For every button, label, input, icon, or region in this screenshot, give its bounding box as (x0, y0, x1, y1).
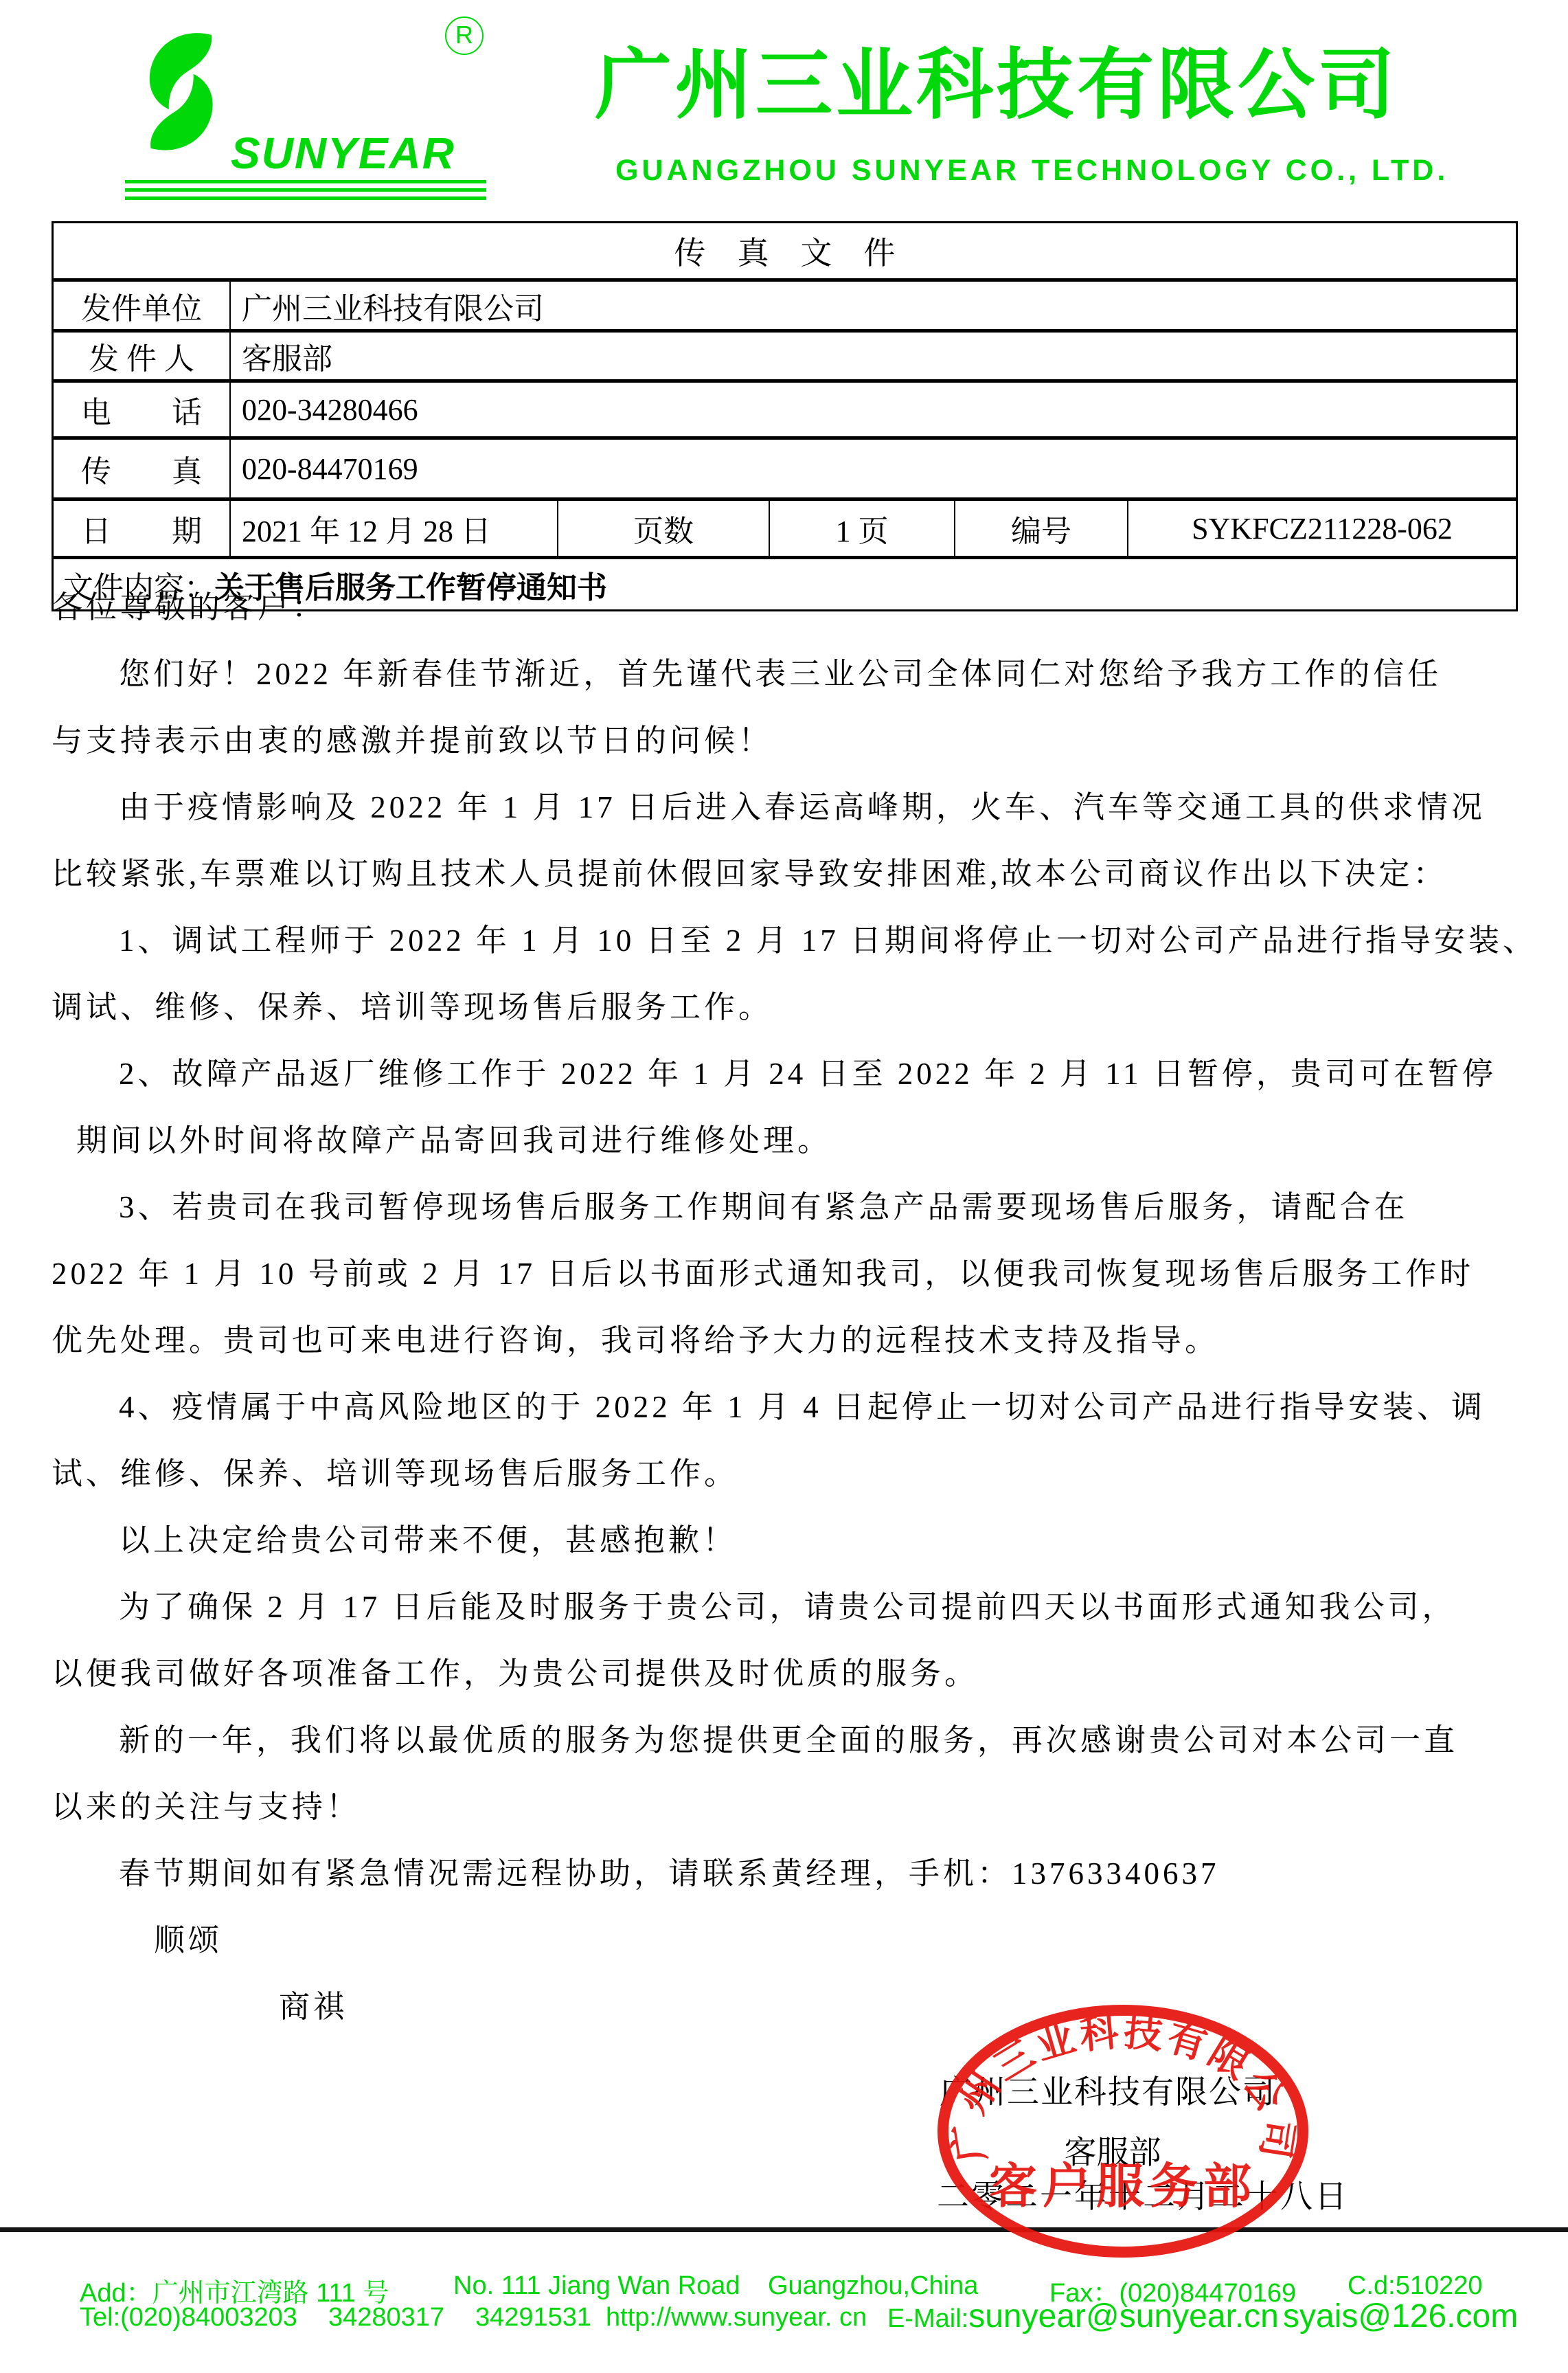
body-line: 为了确保 2 月 17 日后能及时服务于贵公司，请贵公司提前四天以书面形式通知我… (52, 1574, 1518, 1641)
number-label: 编号 (955, 501, 1128, 556)
body-line: 2022 年 1 月 10 号前或 2 月 17 日后以书面形式通知我司，以便我… (52, 1241, 1518, 1307)
logo-stripe (125, 180, 486, 183)
footer-tel-3: 34291531 (475, 2303, 591, 2332)
body-line: 以上决定给贵公司带来不便，甚感抱歉！ (52, 1507, 1518, 1574)
body-line: 各位尊敬的客户： (52, 574, 1518, 641)
body-line: 以便我司做好各项准备工作，为贵公司提供及时优质的服务。 (52, 1641, 1518, 1707)
body-line: 试、维修、保养、培训等现场售后服务工作。 (52, 1441, 1518, 1507)
body-line: 4、疫情属于中高风险地区的于 2022 年 1 月 4 日起停止一切对公司产品进… (52, 1374, 1518, 1441)
registered-trademark-icon: R (445, 16, 484, 55)
table-row: 发件单位 广州三业科技有限公司 (54, 282, 1516, 333)
footer-postal-code: C.d:510220 (1348, 2271, 1483, 2301)
fax-label: 传 真 (54, 440, 231, 497)
footer-email-2: syais@126.com (1283, 2297, 1518, 2335)
fax-table-title: 传 真 文 件 (674, 228, 896, 273)
fax-table-title-row: 传 真 文 件 (54, 223, 1516, 282)
body-line: 2、故障产品返厂维修工作于 2022 年 1 月 24 日至 2022 年 2 … (52, 1041, 1518, 1107)
date-value: 2021 年 12 月 28 日 (231, 501, 558, 556)
body-line: 您们好！2022 年新春佳节渐近，首先谨代表三业公司全体同仁对您给予我方工作的信… (52, 641, 1518, 708)
footer-divider (0, 2227, 1568, 2232)
footer-tel: Tel:(020)84003203 (80, 2303, 297, 2332)
pages-value: 1 页 (770, 501, 955, 556)
body-line: 优先处理。贵司也可来电进行咨询，我司将给予大力的远程技术支持及指导。 (52, 1307, 1518, 1374)
body-line: 以来的关注与支持！ (52, 1774, 1518, 1841)
pages-label: 页数 (558, 501, 770, 556)
body-line: 1、调试工程师于 2022 年 1 月 10 日至 2 月 17 日期间将停止一… (52, 908, 1518, 974)
from-value: 客服部 (231, 333, 1516, 379)
footer-email-label: E-Mail: (887, 2304, 968, 2333)
from-label: 发 件 人 (54, 333, 231, 379)
fax-document-page: SUNYEAR R 广州三业科技有限公司 GUANGZHOU SUNYEAR T… (0, 0, 1568, 2373)
body-line: 比较紧张,车票难以订购且技术人员提前休假回家导致安排困难,故本公司商议作出以下决… (52, 841, 1518, 908)
body-line: 由于疫情影响及 2022 年 1 月 17 日后进入春运高峰期，火车、汽车等交通… (52, 774, 1518, 841)
fax-table: 传 真 文 件 发件单位 广州三业科技有限公司 发 件 人 客服部 电 话 02… (52, 221, 1518, 611)
footer-city: Guangzhou,China (768, 2271, 978, 2301)
table-row: 发 件 人 客服部 (54, 333, 1516, 383)
footer-email-1: sunyear@sunyear.cn (968, 2298, 1279, 2335)
table-row: 日 期 2021 年 12 月 28 日 页数 1 页 编号 SYKFCZ211… (54, 501, 1516, 559)
sender-value: 广州三业科技有限公司 (231, 282, 1516, 329)
table-row: 传 真 020-84470169 (54, 440, 1516, 501)
table-row: 电 话 020-34280466 (54, 383, 1516, 440)
company-name-english: GUANGZHOU SUNYEAR TECHNOLOGY CO., LTD. (615, 154, 1448, 188)
company-stamp: 广州三业科技有限公司 客户服务部 (927, 1997, 1319, 2271)
sender-label: 发件单位 (54, 282, 231, 329)
stamp-arc-text: 广州三业科技有限公司 (944, 2010, 1302, 2165)
date-label: 日 期 (54, 501, 231, 556)
company-name-chinese: 广州三业科技有限公司 (595, 23, 1398, 134)
logo-stripe (125, 188, 486, 192)
body-line: 新的一年，我们将以最优质的服务为您提供更全面的服务，再次感谢贵公司对本公司一直 (52, 1707, 1518, 1774)
body-line: 春节期间如有紧急情况需远程协助，请联系黄经理，手机：13763340637 (52, 1841, 1518, 1907)
body-line: 期间以外时间将故障产品寄回我司进行维修处理。 (52, 1107, 1518, 1174)
footer-tel-2: 34280317 (328, 2303, 444, 2332)
logo-wordmark: SUNYEAR (231, 128, 455, 179)
letter-body: 各位尊敬的客户： 您们好！2022 年新春佳节渐近，首先谨代表三业公司全体同仁对… (52, 574, 1518, 2040)
body-line: 与支持表示由衷的感激并提前致以节日的问候！ (52, 708, 1518, 774)
body-line: 调试、维修、保养、培训等现场售后服务工作。 (52, 974, 1518, 1041)
closing-word: 顺颂 (52, 1907, 1518, 1974)
footer-email-group: E-Mail:sunyear@sunyear.cn (887, 2297, 1279, 2335)
footer-line-2: Tel:(020)84003203 34280317 34291531 http… (0, 2303, 1568, 2337)
body-line: 3、若贵司在我司暂停现场售后服务工作期间有紧急产品需要现场售后服务，请配合在 (52, 1174, 1518, 1241)
footer-address-en: No. 111 Jiang Wan Road (453, 2271, 740, 2301)
fax-value: 020-84470169 (231, 440, 1516, 497)
footer-website: http://www.sunyear. cn (606, 2303, 867, 2332)
phone-label: 电 话 (54, 383, 231, 436)
phone-value: 020-34280466 (231, 383, 1516, 436)
number-value: SYKFCZ211228-062 (1128, 501, 1516, 556)
stamp-center-text: 客户服务部 (989, 2159, 1257, 2213)
svg-text:广州三业科技有限公司: 广州三业科技有限公司 (944, 2010, 1302, 2165)
logo-stripe (125, 196, 486, 200)
